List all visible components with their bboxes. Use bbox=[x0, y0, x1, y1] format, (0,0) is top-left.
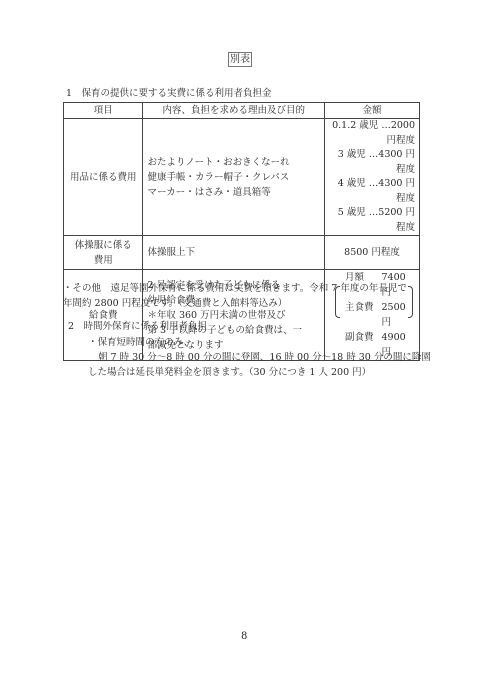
section2-line: した場合は延長単発料金を頂きます。（30 分につき 1 人 200 円） bbox=[88, 366, 371, 381]
table-header-row: 項目 内容、負担を求める理由及び目的 金額 bbox=[64, 103, 420, 119]
cell-amount: 0.1.2 歳児 …2000 円程度 3 歳児 …4300 円程度 4 歳児 …… bbox=[325, 119, 420, 236]
table-row: 体操服に係る 費用 体操服上下 8500 円程度 bbox=[64, 236, 420, 270]
header-amount: 金額 bbox=[325, 103, 420, 119]
content-line: おたよりノート・おおきくなーれ bbox=[147, 155, 320, 170]
section2-line: 朝 7 時 30 分～8 時 00 分の間に登園、16 時 00 分～18 時 … bbox=[98, 351, 431, 366]
item-line: 体操服に係る bbox=[68, 238, 138, 253]
cell-content: おたよりノート・おおきくなーれ 健康手帳・カラー帽子・クレパス マーカー・はさみ… bbox=[143, 119, 325, 236]
right-bracket-icon bbox=[408, 286, 413, 318]
cell-content: 体操服上下 bbox=[143, 236, 325, 270]
item-line: 費用 bbox=[68, 253, 138, 268]
content-line: マーカー・はさみ・道具箱等 bbox=[147, 185, 320, 200]
cell-item: 体操服に係る 費用 bbox=[64, 236, 143, 270]
cell-item: 用品に係る費用 bbox=[64, 119, 143, 236]
amount-line: 0.1.2 歳児 …2000 円程度 bbox=[329, 119, 415, 148]
section2-line: ・保育短時間の方のみ、 bbox=[88, 336, 193, 351]
header-item: 項目 bbox=[64, 103, 143, 119]
other-fees-note: ・その他 遠足等園外保育に係る費用は実費を頂きます。令和 7 年度の年長児で 年… bbox=[63, 282, 407, 311]
table-row: 用品に係る費用 おたよりノート・おおきくなーれ 健康手帳・カラー帽子・クレパス … bbox=[64, 119, 420, 236]
amount-line: 4 歳児 …4300 円程度 bbox=[329, 177, 415, 206]
section2-heading: 2 時間外保育に係る利用者負担 bbox=[68, 320, 207, 335]
note-line: 年間約 2800 円程度です。（交通費と入館料等込み） bbox=[63, 297, 407, 312]
page-number: 8 bbox=[241, 631, 247, 642]
amount-line: 5 歳児 …5200 円程度 bbox=[329, 206, 415, 235]
section1-heading: 1 保育の提供に要する実費に係る利用者負担金 bbox=[66, 87, 272, 102]
amount-line: 3 歳児 …4300 円程度 bbox=[329, 148, 415, 177]
note-line: ・その他 遠足等園外保育に係る費用は実費を頂きます。令和 7 年度の年長児で bbox=[63, 282, 407, 297]
content-line: 健康手帳・カラー帽子・クレパス bbox=[147, 170, 320, 185]
cell-amount: 8500 円程度 bbox=[325, 236, 420, 270]
header-content: 内容、負担を求める理由及び目的 bbox=[143, 103, 325, 119]
annex-label: 別表 bbox=[228, 52, 252, 67]
